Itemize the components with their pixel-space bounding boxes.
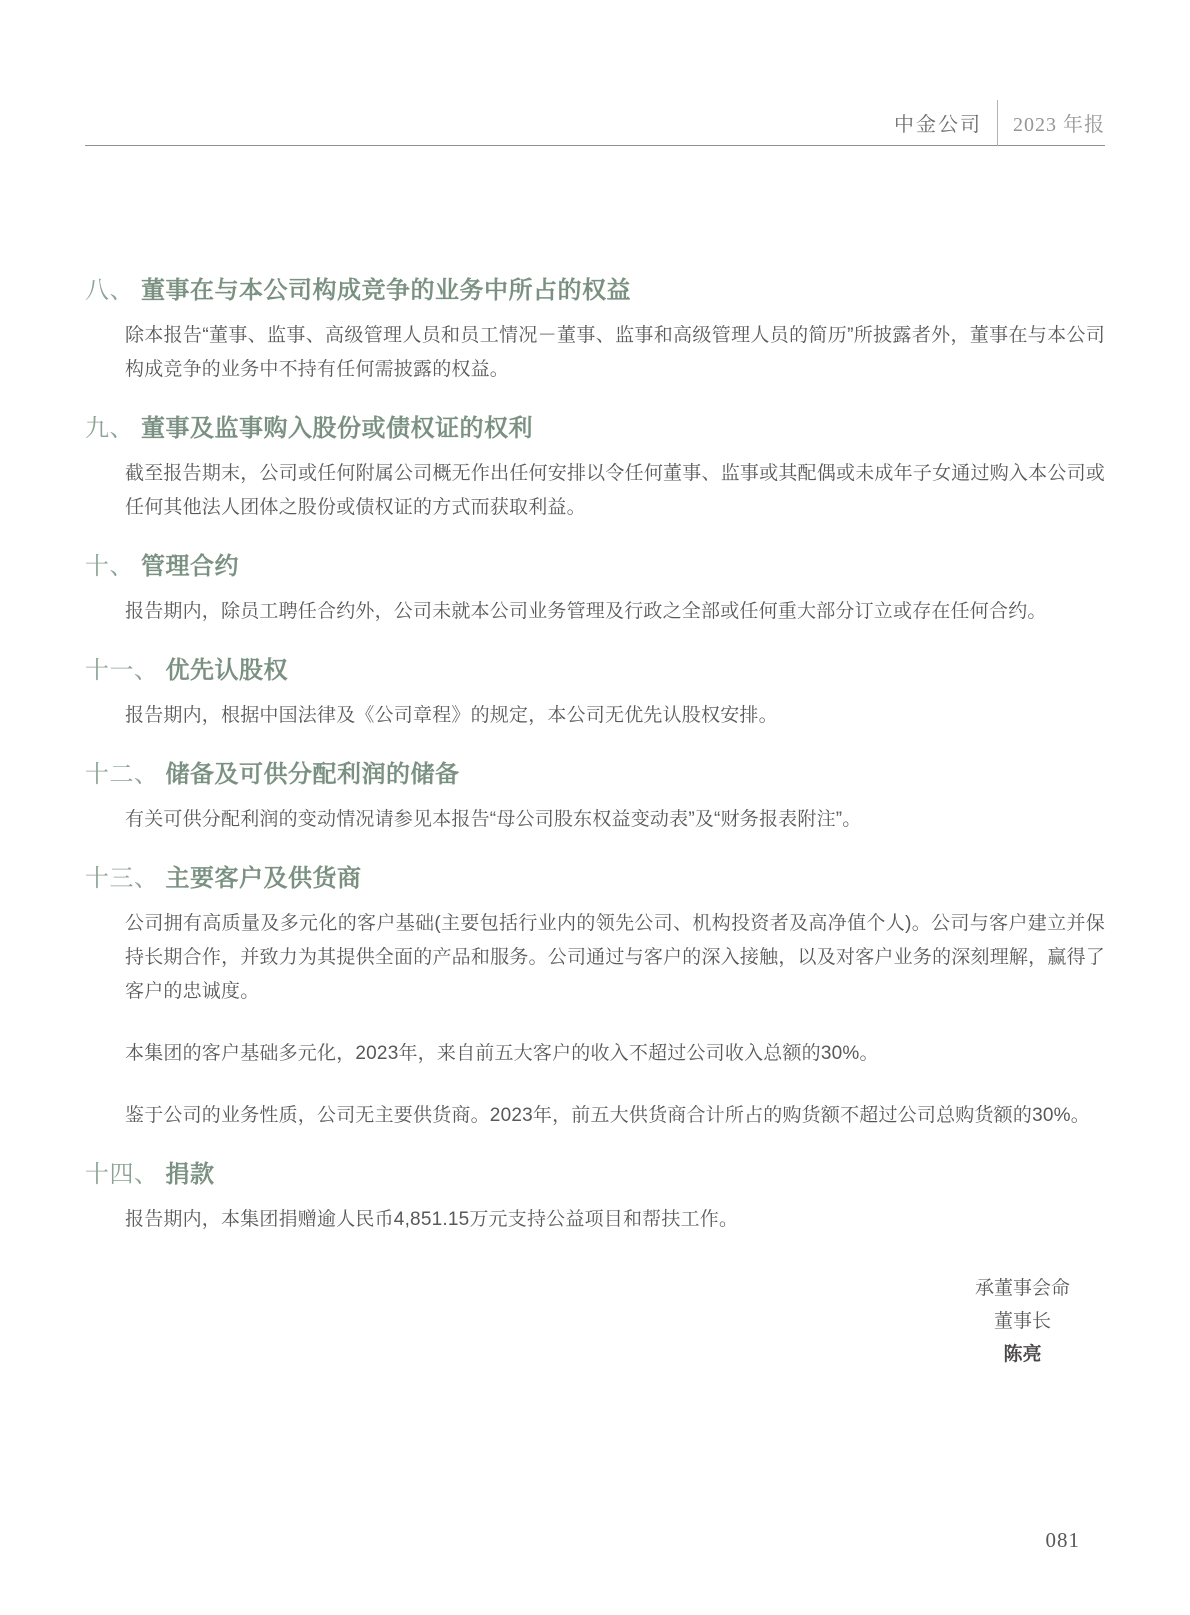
report-page: 中金公司 2023 年报 八、董事在与本公司构成竞争的业务中所占的权益 除本报告… bbox=[0, 0, 1190, 1615]
section-number: 八、 bbox=[85, 277, 134, 304]
page-header: 中金公司 2023 年报 bbox=[85, 100, 1105, 146]
signature-block: 承董事会命 董事长 陈亮 bbox=[975, 1272, 1070, 1371]
section-number: 九、 bbox=[85, 415, 134, 442]
section-paragraph: 报告期内，除员工聘任合约外，公司未就本公司业务管理及行政之全部或任何重大部分订立… bbox=[125, 595, 1105, 629]
company-name: 中金公司 bbox=[894, 108, 997, 137]
section-number: 十一、 bbox=[85, 657, 159, 684]
signature-role: 董事长 bbox=[975, 1305, 1070, 1338]
section-number: 十二、 bbox=[85, 761, 159, 788]
section-title: 董事在与本公司构成竞争的业务中所占的权益 bbox=[141, 277, 631, 304]
section-management-contracts: 十、管理合约 报告期内，除员工聘任合约外，公司未就本公司业务管理及行政之全部或任… bbox=[85, 551, 1105, 629]
section-paragraph: 除本报告“董事、监事、高级管理人员和员工情况－董事、监事和高级管理人员的简历”所… bbox=[125, 319, 1105, 387]
section-paragraph: 本集团的客户基础多元化，2023年，来自前五大客户的收入不超过公司收入总额的30… bbox=[125, 1037, 1105, 1071]
section-title: 董事及监事购入股份或债权证的权利 bbox=[141, 415, 533, 442]
signature-on-behalf: 承董事会命 bbox=[975, 1272, 1070, 1305]
section-heading: 九、董事及监事购入股份或债权证的权利 bbox=[85, 413, 1105, 445]
section-heading: 十一、优先认股权 bbox=[85, 655, 1105, 687]
section-title: 主要客户及供货商 bbox=[166, 865, 362, 892]
section-number: 十三、 bbox=[85, 865, 159, 892]
page-number: 081 bbox=[1046, 1528, 1081, 1553]
section-heading: 十四、捐款 bbox=[85, 1159, 1105, 1191]
section-reserves-distributable-profits: 十二、储备及可供分配利润的储备 有关可供分配利润的变动情况请参见本报告“母公司股… bbox=[85, 759, 1105, 837]
section-heading: 十、管理合约 bbox=[85, 551, 1105, 583]
section-paragraph: 鉴于公司的业务性质，公司无主要供货商。2023年，前五大供货商合计所占的购货额不… bbox=[125, 1099, 1105, 1133]
section-heading: 十二、储备及可供分配利润的储备 bbox=[85, 759, 1105, 791]
section-title: 优先认股权 bbox=[166, 657, 289, 684]
section-major-clients-suppliers: 十三、主要客户及供货商 公司拥有高质量及多元化的客户基础(主要包括行业内的领先公… bbox=[85, 863, 1105, 1133]
section-paragraph: 截至报告期末，公司或任何附属公司概无作出任何安排以令任何董事、监事或其配偶或未成… bbox=[125, 457, 1105, 525]
report-edition: 2023 年报 bbox=[998, 108, 1105, 137]
report-content: 八、董事在与本公司构成竞争的业务中所占的权益 除本报告“董事、监事、高级管理人员… bbox=[85, 145, 1105, 1371]
section-paragraph: 报告期内，本集团捐赠逾人民币4,851.15万元支持公益项目和帮扶工作。 bbox=[125, 1203, 1105, 1237]
section-paragraph: 公司拥有高质量及多元化的客户基础(主要包括行业内的领先公司、机构投资者及高净值个… bbox=[125, 907, 1105, 1009]
section-number: 十、 bbox=[85, 553, 134, 580]
section-preemptive-rights: 十一、优先认股权 报告期内，根据中国法律及《公司章程》的规定，本公司无优先认股权… bbox=[85, 655, 1105, 733]
section-rights-to-acquire-shares: 九、董事及监事购入股份或债权证的权利 截至报告期末，公司或任何附属公司概无作出任… bbox=[85, 413, 1105, 525]
section-title: 捐款 bbox=[166, 1161, 215, 1188]
section-number: 十四、 bbox=[85, 1161, 159, 1188]
section-title: 储备及可供分配利润的储备 bbox=[166, 761, 460, 788]
section-heading: 八、董事在与本公司构成竞争的业务中所占的权益 bbox=[85, 275, 1105, 307]
section-competing-business-interests: 八、董事在与本公司构成竞争的业务中所占的权益 除本报告“董事、监事、高级管理人员… bbox=[85, 275, 1105, 387]
signature-name: 陈亮 bbox=[975, 1338, 1070, 1371]
section-heading: 十三、主要客户及供货商 bbox=[85, 863, 1105, 895]
section-paragraph: 报告期内，根据中国法律及《公司章程》的规定，本公司无优先认股权安排。 bbox=[125, 699, 1105, 733]
section-title: 管理合约 bbox=[141, 553, 239, 580]
section-paragraph: 有关可供分配利润的变动情况请参见本报告“母公司股东权益变动表”及“财务报表附注”… bbox=[125, 803, 1105, 837]
section-donations: 十四、捐款 报告期内，本集团捐赠逾人民币4,851.15万元支持公益项目和帮扶工… bbox=[85, 1159, 1105, 1237]
